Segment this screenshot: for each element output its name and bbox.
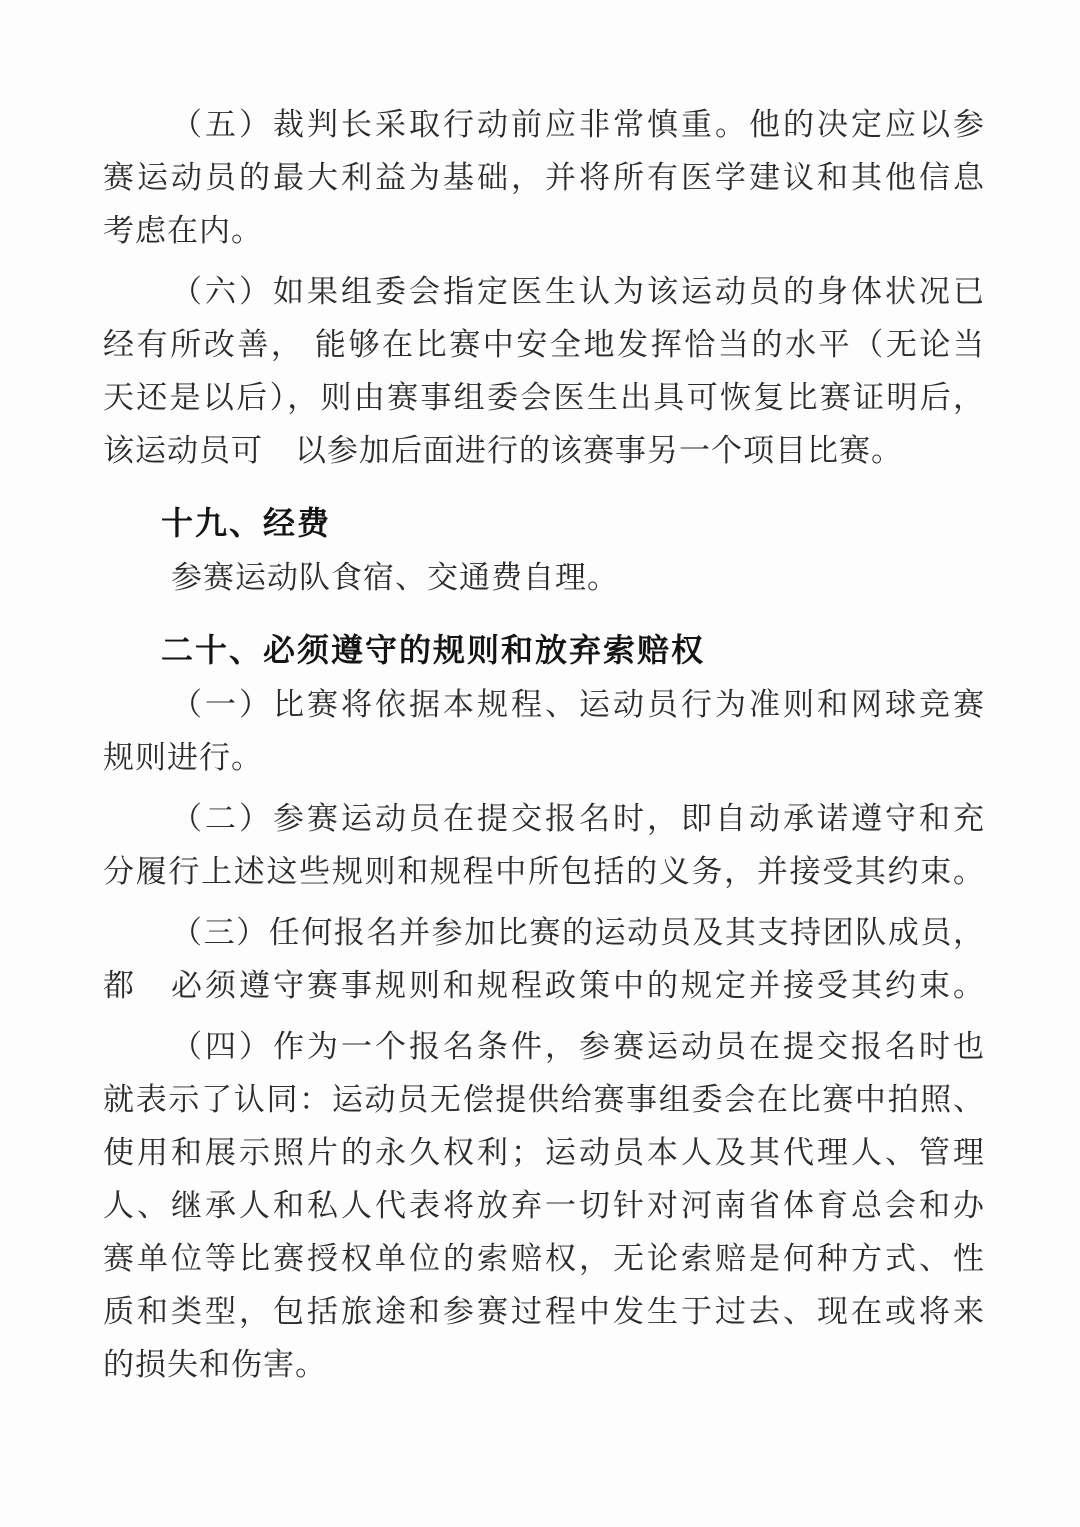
text-line: 经有所改善， 能够在比赛中安全地发挥恰当的水平（无论当 <box>103 318 985 371</box>
text-line: 使用和展示照片的永久权利；运动员本人及其代理人、管理 <box>103 1126 985 1179</box>
text-line: （二）参赛运动员在提交报名时，即自动承诺遵守和充 <box>103 792 985 845</box>
paragraph-block: （四）作为一个报名条件，参赛运动员在提交报名时也就表示了认同：运动员无偿提供给赛… <box>103 1020 985 1391</box>
text-line: （一）比赛将依据本规程、运动员行为准则和网球竞赛 <box>103 678 985 731</box>
text-line: （三）任何报名并参加比赛的运动员及其支持团队成员， <box>103 906 985 959</box>
text-line: 赛单位等比赛授权单位的索赔权，无论索赔是何种方式、性 <box>103 1232 985 1285</box>
section-heading: 十九、经费 <box>103 499 985 547</box>
text-line: 赛运动员的最大利益为基础，并将所有医学建议和其他信息 <box>103 151 985 204</box>
text-line: 规则进行。 <box>103 731 985 784</box>
text-line: （四）作为一个报名条件，参赛运动员在提交报名时也 <box>103 1020 985 1073</box>
document-body: （五）裁判长采取行动前应非常慎重。他的决定应以参赛运动员的最大利益为基础，并将所… <box>103 98 985 1391</box>
text-line: 分履行上述这些规则和规程中所包括的义务，并接受其约束。 <box>103 845 985 898</box>
text-line: 就表示了认同：运动员无偿提供给赛事组委会在比赛中拍照、 <box>103 1073 985 1126</box>
section-heading-block: 二十、必须遵守的规则和放弃索赔权 <box>103 626 985 674</box>
text-line: 人、继承人和私人代表将放弃一切针对河南省体育总会和办 <box>103 1179 985 1232</box>
text-line: 参赛运动队食宿、交通费自理。 <box>103 551 985 604</box>
paragraph-block: 参赛运动队食宿、交通费自理。 <box>103 551 985 604</box>
paragraph-block: （二）参赛运动员在提交报名时，即自动承诺遵守和充分履行上述这些规则和规程中所包括… <box>103 792 985 898</box>
section-heading-block: 十九、经费 <box>103 499 985 547</box>
paragraph-block: （五）裁判长采取行动前应非常慎重。他的决定应以参赛运动员的最大利益为基础，并将所… <box>103 98 985 257</box>
document-page: （五）裁判长采取行动前应非常慎重。他的决定应以参赛运动员的最大利益为基础，并将所… <box>0 0 1080 1527</box>
text-line: 质和类型，包括旅途和参赛过程中发生于过去、现在或将来 <box>103 1285 985 1338</box>
paragraph-block: （一）比赛将依据本规程、运动员行为准则和网球竞赛规则进行。 <box>103 678 985 784</box>
text-line: （六）如果组委会指定医生认为该运动员的身体状况已 <box>103 265 985 318</box>
section-heading: 二十、必须遵守的规则和放弃索赔权 <box>103 626 985 674</box>
text-line: 天还是以后），则由赛事组委会医生出具可恢复比赛证明后， <box>103 371 985 424</box>
text-line: 都 必须遵守赛事规则和规程政策中的规定并接受其约束。 <box>103 959 985 1012</box>
paragraph-block: （六）如果组委会指定医生认为该运动员的身体状况已经有所改善， 能够在比赛中安全地… <box>103 265 985 477</box>
text-line: （五）裁判长采取行动前应非常慎重。他的决定应以参 <box>103 98 985 151</box>
paragraph-block: （三）任何报名并参加比赛的运动员及其支持团队成员，都 必须遵守赛事规则和规程政策… <box>103 906 985 1012</box>
text-line: 考虑在内。 <box>103 204 985 257</box>
text-line: 该运动员可 以参加后面进行的该赛事另一个项目比赛。 <box>103 424 985 477</box>
text-line: 的损失和伤害。 <box>103 1338 985 1391</box>
